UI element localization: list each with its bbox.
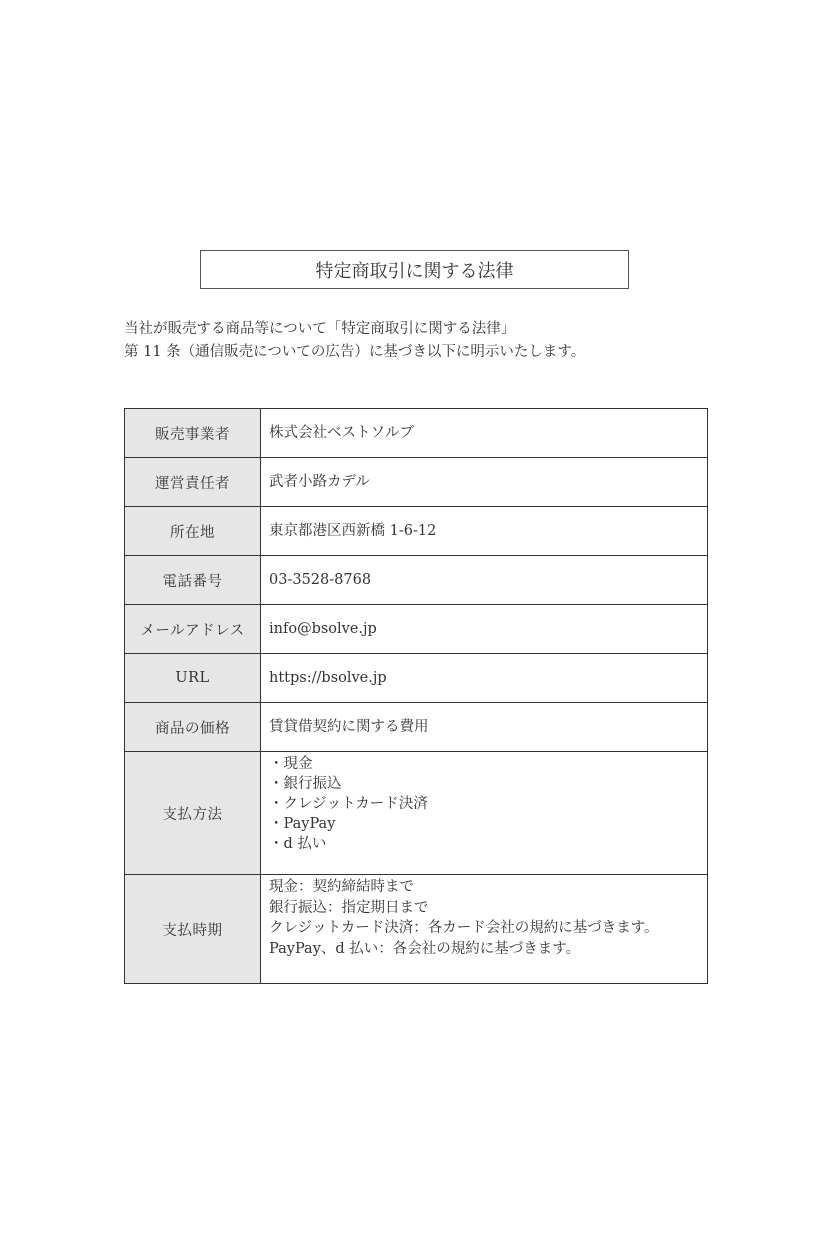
table-row-payment-timing: 支払時期 現金：契約締結時まで 銀行振込：指定期日まで クレジットカード決済：各… (125, 875, 708, 984)
list-item: 銀行振込：指定期日まで (269, 898, 707, 919)
document-title-text: 特定商取引に関する法律 (316, 257, 514, 283)
row-label: 商品の価格 (125, 703, 261, 752)
list-item: PayPay、d 払い：各会社の規約に基づきます。 (269, 939, 707, 960)
table-row-manager: 運営責任者 武者小路カデル (125, 458, 708, 507)
row-label: 支払時期 (125, 875, 261, 984)
list-item: ・PayPay (269, 814, 707, 834)
list-item: クレジットカード決済：各カード会社の規約に基づきます。 (269, 918, 707, 939)
list-item: ・現金 (269, 754, 707, 774)
list-item: ・d 払い (269, 834, 707, 854)
intro-paragraph: 当社が販売する商品等について「特定商取引に関する法律」 第 11 条（通信販売に… (124, 318, 585, 364)
row-value: 株式会社ベストソルブ (261, 409, 708, 458)
payment-timing-list: 現金：契約締結時まで 銀行振込：指定期日まで クレジットカード決済：各カード会社… (261, 875, 708, 984)
table-row-email: メールアドレス info@bsolve.jp (125, 605, 708, 654)
intro-line: 第 11 条（通信販売についての広告）に基づき以下に明示いたします。 (124, 341, 585, 364)
document-title: 特定商取引に関する法律 (200, 250, 629, 289)
table-row-url: URL https://bsolve.jp (125, 654, 708, 703)
table-row-phone: 電話番号 03-3528-8768 (125, 556, 708, 605)
row-label: 運営責任者 (125, 458, 261, 507)
row-value: 03-3528-8768 (261, 556, 708, 605)
row-value: info@bsolve.jp (261, 605, 708, 654)
table-row-payment-methods: 支払方法 ・現金 ・銀行振込 ・クレジットカード決済 ・PayPay ・d 払い (125, 752, 708, 875)
list-item: 現金：契約締結時まで (269, 877, 707, 898)
list-item: ・銀行振込 (269, 774, 707, 794)
intro-line: 当社が販売する商品等について「特定商取引に関する法律」 (124, 318, 585, 341)
table-row-price: 商品の価格 賃貸借契約に関する費用 (125, 703, 708, 752)
row-value: 賃貸借契約に関する費用 (261, 703, 708, 752)
row-value: https://bsolve.jp (261, 654, 708, 703)
row-label: 支払方法 (125, 752, 261, 875)
row-value: 東京都港区西新橋 1-6-12 (261, 507, 708, 556)
row-label: URL (125, 654, 261, 703)
row-label: 電話番号 (125, 556, 261, 605)
row-label: 販売事業者 (125, 409, 261, 458)
table-row-seller: 販売事業者 株式会社ベストソルブ (125, 409, 708, 458)
list-item: ・クレジットカード決済 (269, 794, 707, 814)
row-label: 所在地 (125, 507, 261, 556)
row-value: 武者小路カデル (261, 458, 708, 507)
table-row-address: 所在地 東京都港区西新橋 1-6-12 (125, 507, 708, 556)
business-info-table: 販売事業者 株式会社ベストソルブ 運営責任者 武者小路カデル 所在地 東京都港区… (124, 408, 708, 984)
row-label: メールアドレス (125, 605, 261, 654)
payment-methods-list: ・現金 ・銀行振込 ・クレジットカード決済 ・PayPay ・d 払い (261, 752, 708, 875)
